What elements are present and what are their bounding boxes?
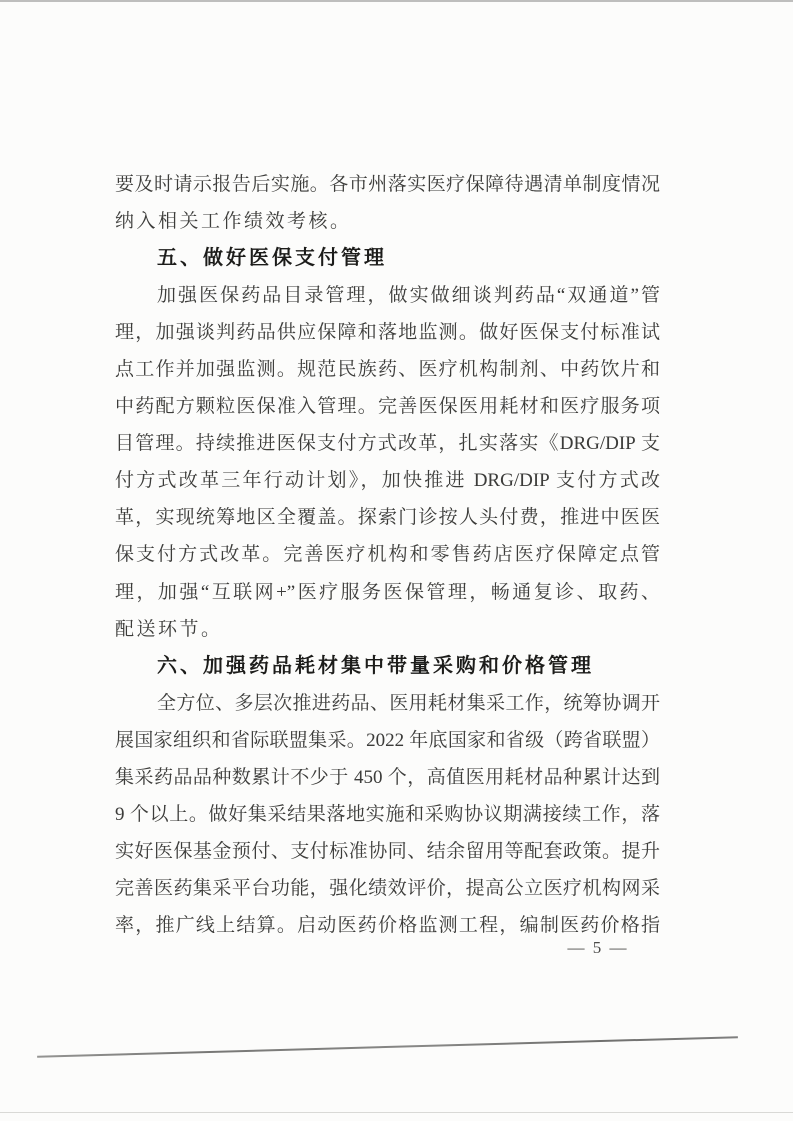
text-line: 理，加强“互联网+”医疗服务医保管理，畅通复诊、取药、 [115,574,660,611]
scanned-document-page: 要及时请示报告后实施。各市州落实医疗保障待遇清单制度情况 纳入相关工作绩效考核。… [0,0,793,1121]
text-line: 纳入相关工作绩效考核。 [115,203,660,240]
section-heading-5: 五、做好医保支付管理 [115,240,660,277]
text-line: 目管理。持续推进医保支付方式改革，扎实落实《DRG/DIP 支 [115,425,660,462]
text-line: 点工作并加强监测。规范民族药、医疗机构制剂、中药饮片和 [115,351,660,388]
text-line: 集采药品品种数累计不少于 450 个，高值医用耗材品种累计达到 [115,759,660,796]
scan-artifact-line [37,1036,738,1057]
text-line: 加强医保药品目录管理，做实做细谈判药品“双通道”管 [115,277,660,314]
section-heading-6: 六、加强药品耗材集中带量采购和价格管理 [115,648,660,685]
text-line: 全方位、多层次推进药品、医用耗材集采工作，统筹协调开 [115,685,660,722]
scan-bottom-edge-artifact [0,1112,793,1113]
text-line: 9 个以上。做好集采结果落地实施和采购协议期满接续工作，落 [115,796,660,833]
text-line: 展国家组织和省际联盟集采。2022 年底国家和省级（跨省联盟） [115,722,660,759]
text-line: 完善医药集采平台功能，强化绩效评价，提高公立医疗机构网采 [115,870,660,907]
text-line: 付方式改革三年行动计划》，加快推进 DRG/DIP 支付方式改 [115,462,660,499]
page-number: — 5 — [563,934,633,962]
text-line: 配送环节。 [115,611,660,648]
text-line: 革，实现统筹地区全覆盖。探索门诊按人头付费，推进中医医 [115,499,660,536]
text-line: 理，加强谈判药品供应保障和落地监测。做好医保支付标准试 [115,314,660,351]
text-line: 保支付方式改革。完善医疗机构和零售药店医疗保障定点管 [115,536,660,573]
document-body: 要及时请示报告后实施。各市州落实医疗保障待遇清单制度情况 纳入相关工作绩效考核。… [115,166,660,944]
text-line: 中药配方颗粒医保准入管理。完善医保医用耗材和医疗服务项 [115,388,660,425]
scan-top-edge-artifact [0,0,793,2]
text-line: 实好医保基金预付、支付标准协同、结余留用等配套政策。提升 [115,833,660,870]
text-line: 要及时请示报告后实施。各市州落实医疗保障待遇清单制度情况 [115,166,660,203]
